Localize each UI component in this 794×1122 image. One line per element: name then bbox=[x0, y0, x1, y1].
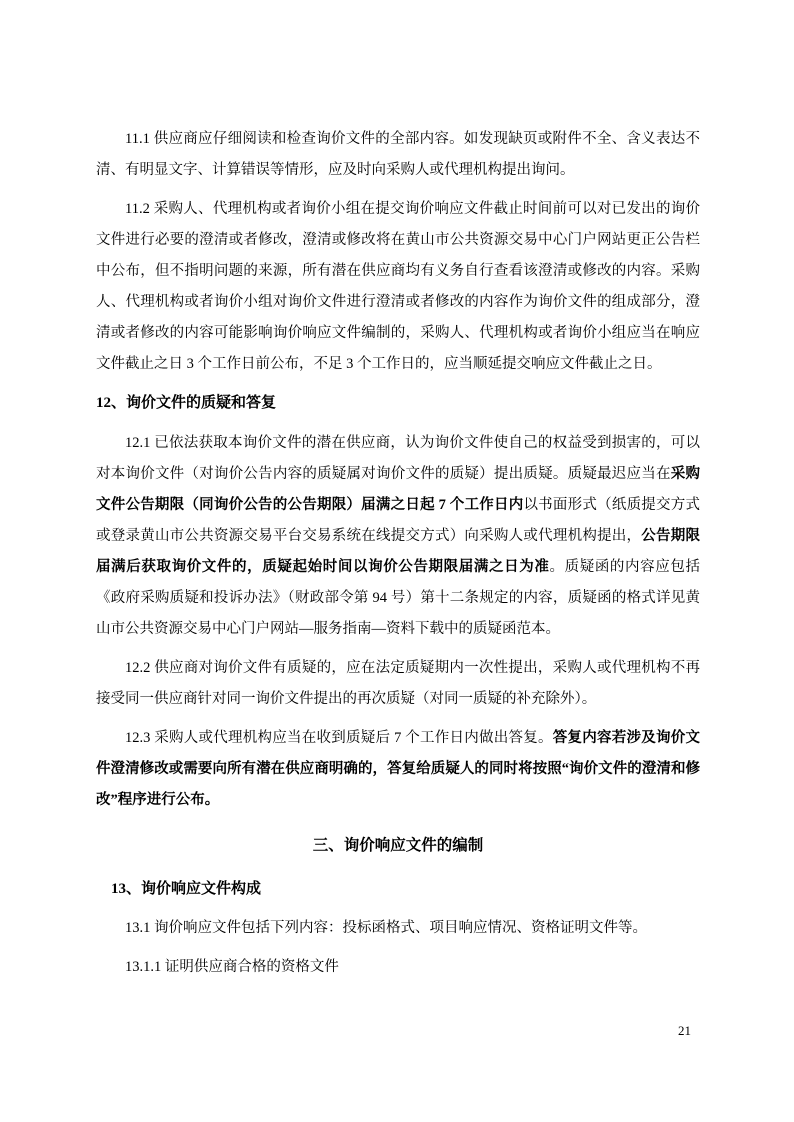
paragraph-12-2: 12.2 供应商对询价文件有质疑的，应在法定质疑期内一次性提出，采购人或代理机构… bbox=[96, 653, 700, 715]
document-page: 11.1 供应商应仔细阅读和检查询价文件的全部内容。如发现缺页或附件不全、含义表… bbox=[0, 0, 794, 1122]
paragraph-11-1: 11.1 供应商应仔细阅读和检查询价文件的全部内容。如发现缺页或附件不全、含义表… bbox=[96, 124, 700, 186]
paragraph-12-1: 12.1 已依法获取本询价文件的潜在供应商，认为询价文件使自己的权益受到损害的，… bbox=[96, 428, 700, 645]
section-heading-12: 12、询价文件的质疑和答复 bbox=[96, 388, 700, 419]
section-heading-13: 13、询价响应文件构成 bbox=[96, 874, 700, 905]
document-body: 11.1 供应商应仔细阅读和检查询价文件的全部内容。如发现缺页或附件不全、含义表… bbox=[96, 124, 700, 991]
paragraph-12-3: 12.3 采购人或代理机构应当在收到质疑后 7 个工作日内做出答复。答复内容若涉… bbox=[96, 723, 700, 816]
text-run: 12.3 采购人或代理机构应当在收到质疑后 7 个工作日内做出答复。 bbox=[125, 730, 553, 746]
chapter-heading-3: 三、询价响应文件的编制 bbox=[96, 830, 700, 861]
text-run: 12.1 已依法获取本询价文件的潜在供应商，认为询价文件使自己的权益受到损害的，… bbox=[96, 435, 700, 482]
paragraph-13-1-1: 13.1.1 证明供应商合格的资格文件 bbox=[96, 952, 700, 983]
paragraph-13-1: 13.1 询价响应文件包括下列内容：投标函格式、项目响应情况、资格证明文件等。 bbox=[96, 913, 700, 944]
paragraph-11-2: 11.2 采购人、代理机构或者询价小组在提交询价响应文件截止时间前可以对已发出的… bbox=[96, 194, 700, 380]
page-number: 21 bbox=[678, 1022, 691, 1040]
